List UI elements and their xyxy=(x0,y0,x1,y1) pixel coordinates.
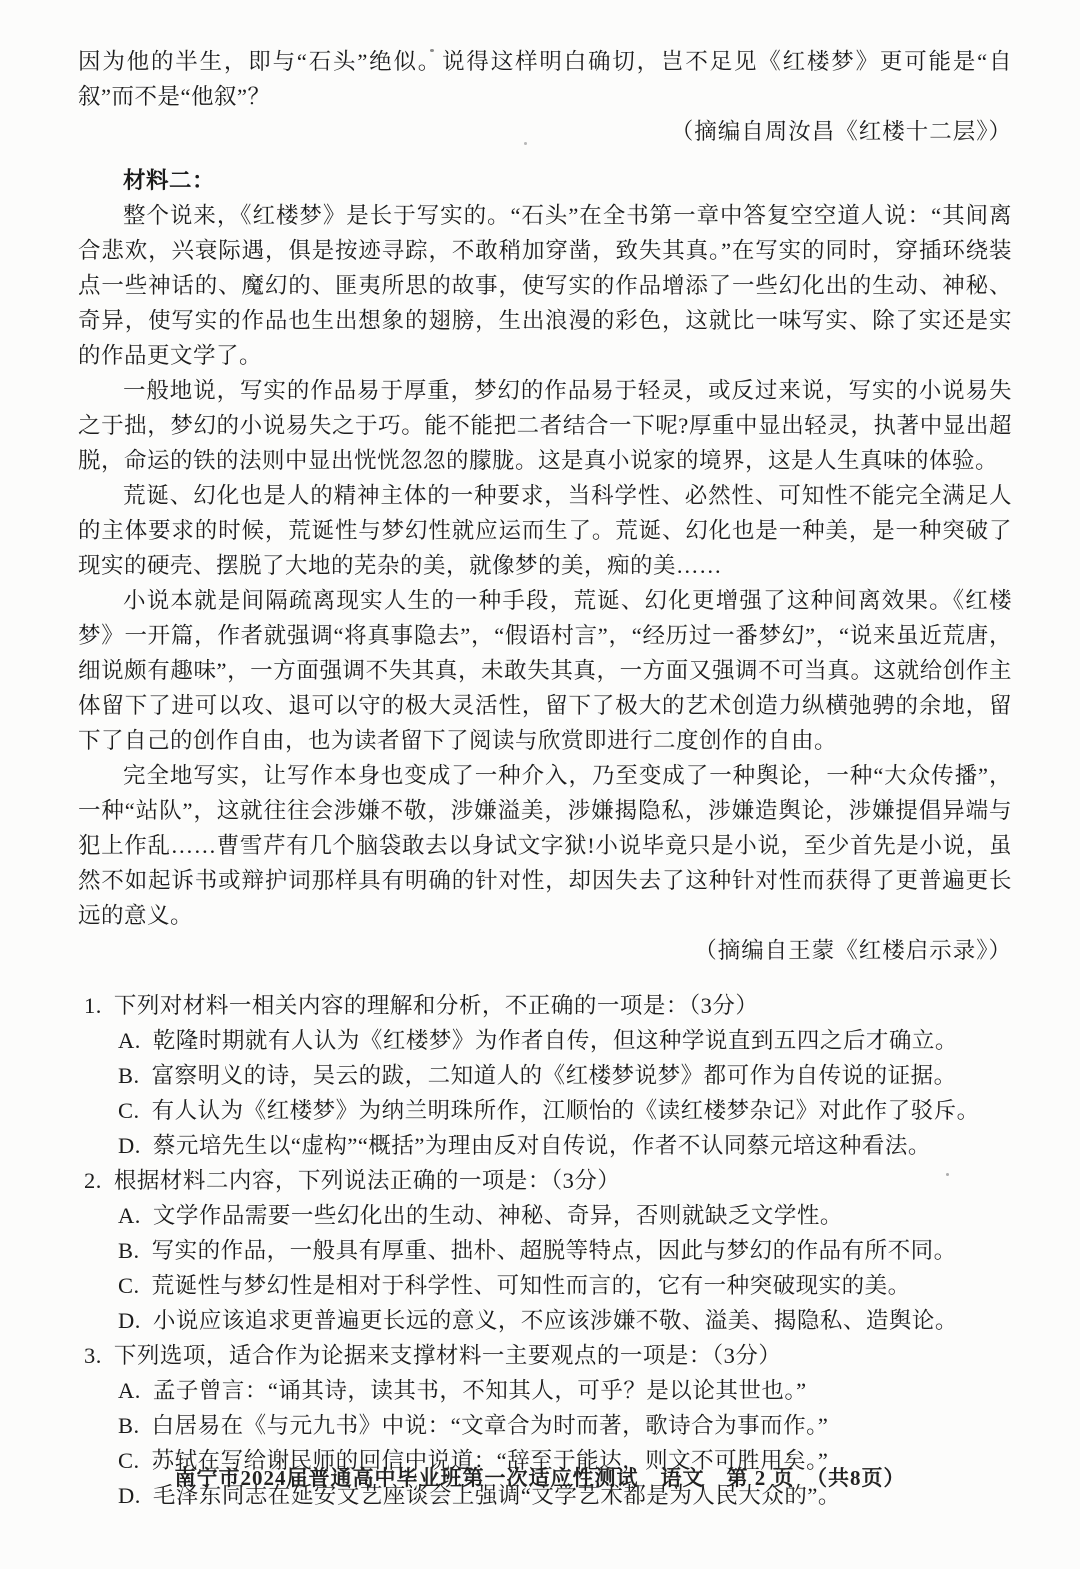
question-1: 1.下列对材料一相关内容的理解和分析，不正确的一项是：（3分） A.乾隆时期就有… xyxy=(84,988,1012,1163)
question-3-option-b: B.白居易在《与元九书》中说：“文章合为时而著，歌诗合为事而作。” xyxy=(84,1408,1012,1443)
option-label: B. xyxy=(118,1063,140,1088)
option-label: D. xyxy=(118,1308,141,1333)
option-label: C. xyxy=(118,1273,140,1298)
page-content: 因为他的半生，即与“石头”绝似。说得这样明白确切，岂不足见《红楼梦》更可能是“自… xyxy=(78,44,1012,1513)
question-stem: 下列选项，适合作为论据来支撑材料一主要观点的一项是：（3分） xyxy=(114,1343,782,1368)
questions-section: 1.下列对材料一相关内容的理解和分析，不正确的一项是：（3分） A.乾隆时期就有… xyxy=(84,988,1012,1513)
material2-paragraph-5: 完全地写实，让写作本身也变成了一种介入，乃至变成了一种舆论，一种“大众传播”，一… xyxy=(78,758,1012,933)
question-3-option-a: A.孟子曾言：“诵其诗，读其书，不知其人，可乎？是以论其世也。” xyxy=(84,1373,1012,1408)
question-2: 2.根据材料二内容，下列说法正确的一项是：（3分） A.文学作品需要一些幻化出的… xyxy=(84,1163,1012,1338)
option-text: 富察明义的诗，吴云的跋，二知道人的《红楼梦说梦》都可作为自传说的证据。 xyxy=(152,1063,957,1088)
material2-paragraph-1: 整个说来，《红楼梦》是长于写实的。“石头”在全书第一章中答复空空道人说：“其间离… xyxy=(78,198,1012,373)
question-3-stem-line: 3.下列选项，适合作为论据来支撑材料一主要观点的一项是：（3分） xyxy=(84,1338,1012,1373)
material2-heading: 材料二： xyxy=(78,163,1012,198)
page-footer: 南宁市2024届普通高中毕业班第一次适应性测试 语文 第 2 页 （共8页） xyxy=(0,1462,1080,1492)
option-text: 乾隆时期就有人认为《红楼梦》为作者自传，但这种学说直到五四之后才确立。 xyxy=(153,1028,958,1053)
option-label: A. xyxy=(118,1203,141,1228)
option-label: B. xyxy=(118,1238,140,1263)
scanned-exam-page: 因为他的半生，即与“石头”绝似。说得这样明白确切，岂不足见《红楼梦》更可能是“自… xyxy=(0,0,1080,1569)
option-label: A. xyxy=(118,1028,141,1053)
question-1-option-a: A.乾隆时期就有人认为《红楼梦》为作者自传，但这种学说直到五四之后才确立。 xyxy=(84,1023,1012,1058)
question-1-option-d: D.蔡元培先生以“虚构”“概括”为理由反对自传说，作者不认同蔡元培这种看法。 xyxy=(84,1128,1012,1163)
question-number: 1. xyxy=(84,993,102,1018)
question-stem: 下列对材料一相关内容的理解和分析，不正确的一项是：（3分） xyxy=(114,993,759,1018)
option-text: 小说应该追求更普遍更长远的意义，不应该涉嫌不敬、溢美、揭隐私、造舆论。 xyxy=(153,1308,958,1333)
question-1-option-c: C.有人认为《红楼梦》为纳兰明珠所作，江顺怡的《读红楼梦杂记》对此作了驳斥。 xyxy=(84,1093,1012,1128)
option-text: 白居易在《与元九书》中说：“文章合为时而著，歌诗合为事而作。” xyxy=(152,1413,829,1438)
material2-attribution: （摘编自王蒙《红楼启示录》） xyxy=(78,933,1012,968)
material1-continuation-paragraph: 因为他的半生，即与“石头”绝似。说得这样明白确切，岂不足见《红楼梦》更可能是“自… xyxy=(78,44,1012,114)
question-2-option-c: C.荒诞性与梦幻性是相对于科学性、可知性而言的，它有一种突破现实的美。 xyxy=(84,1268,1012,1303)
option-text: 孟子曾言：“诵其诗，读其书，不知其人，可乎？是以论其世也。” xyxy=(153,1378,807,1403)
question-1-stem-line: 1.下列对材料一相关内容的理解和分析，不正确的一项是：（3分） xyxy=(84,988,1012,1023)
question-2-option-a: A.文学作品需要一些幻化出的生动、神秘、奇异，否则就缺乏文学性。 xyxy=(84,1198,1012,1233)
material1-attribution: （摘编自周汝昌《红楼十二层》） xyxy=(78,114,1012,149)
question-number: 2. xyxy=(84,1168,102,1193)
option-text: 荒诞性与梦幻性是相对于科学性、可知性而言的，它有一种突破现实的美。 xyxy=(152,1273,911,1298)
option-text: 蔡元培先生以“虚构”“概括”为理由反对自传说，作者不认同蔡元培这种看法。 xyxy=(153,1133,931,1158)
option-text: 文学作品需要一些幻化出的生动、神秘、奇异，否则就缺乏文学性。 xyxy=(153,1203,843,1228)
question-number: 3. xyxy=(84,1343,102,1368)
material2-paragraph-3: 荒诞、幻化也是人的精神主体的一种要求，当科学性、必然性、可知性不能完全满足人的主… xyxy=(78,478,1012,583)
option-label: B. xyxy=(118,1413,140,1438)
option-label: A. xyxy=(118,1378,141,1403)
option-text: 有人认为《红楼梦》为纳兰明珠所作，江顺怡的《读红楼梦杂记》对此作了驳斥。 xyxy=(152,1098,980,1123)
option-label: C. xyxy=(118,1098,140,1123)
question-2-option-d: D.小说应该追求更普遍更长远的意义，不应该涉嫌不敬、溢美、揭隐私、造舆论。 xyxy=(84,1303,1012,1338)
material2-paragraph-4: 小说本就是间隔疏离现实人生的一种手段，荒诞、幻化更增强了这种间离效果。《红楼梦》… xyxy=(78,583,1012,758)
question-1-option-b: B.富察明义的诗，吴云的跋，二知道人的《红楼梦说梦》都可作为自传说的证据。 xyxy=(84,1058,1012,1093)
material2-paragraph-2: 一般地说，写实的作品易于厚重，梦幻的作品易于轻灵，或反过来说，写实的小说易失之于… xyxy=(78,373,1012,478)
question-stem: 根据材料二内容，下列说法正确的一项是：（3分） xyxy=(114,1168,621,1193)
option-text: 写实的作品，一般具有厚重、拙朴、超脱等特点，因此与梦幻的作品有所不同。 xyxy=(152,1238,957,1263)
question-2-stem-line: 2.根据材料二内容，下列说法正确的一项是：（3分） xyxy=(84,1163,1012,1198)
option-label: D. xyxy=(118,1133,141,1158)
question-2-option-b: B.写实的作品，一般具有厚重、拙朴、超脱等特点，因此与梦幻的作品有所不同。 xyxy=(84,1233,1012,1268)
